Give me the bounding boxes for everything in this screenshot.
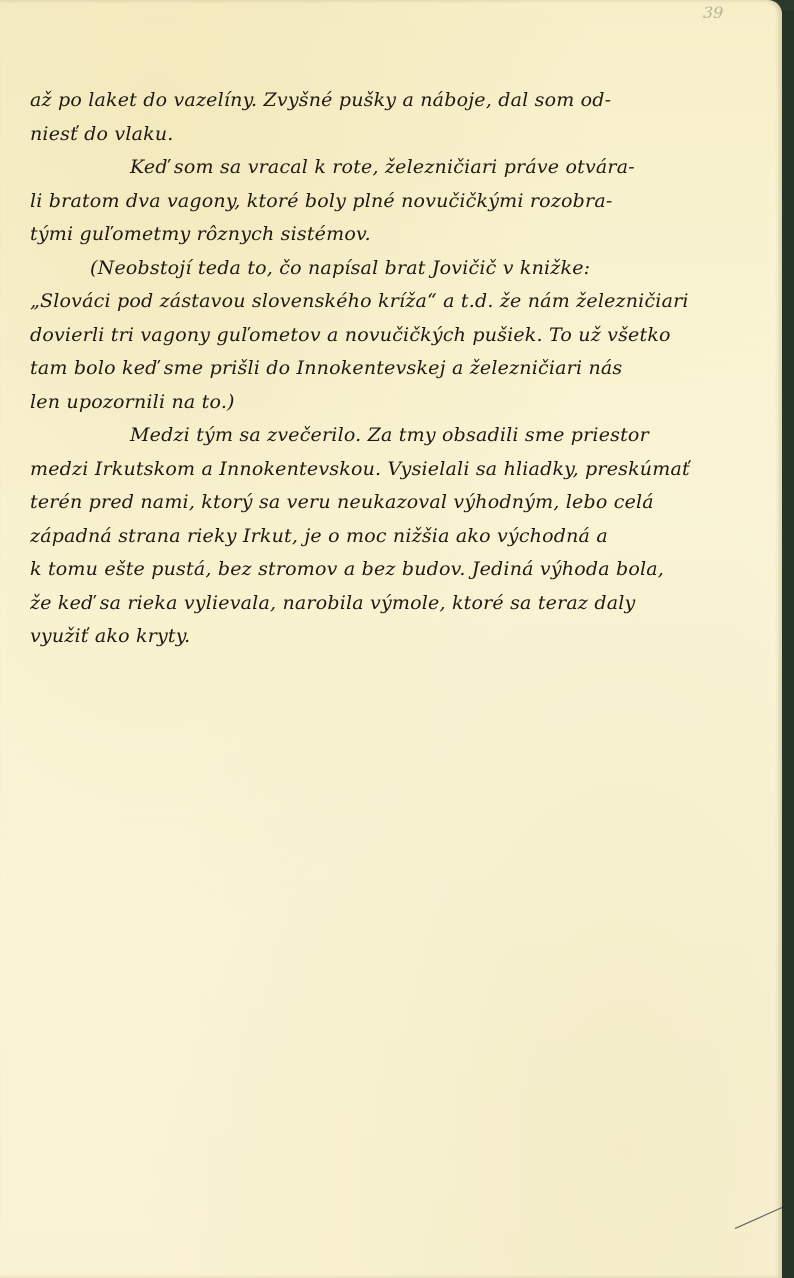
text-line: „Slováci pod zástavou slovenského kríža“… — [30, 285, 770, 319]
text-line: terén pred nami, ktorý sa veru neukazova… — [30, 486, 770, 520]
paper-fold-mark — [735, 1207, 783, 1229]
text-line: k tomu ešte pustá, bez stromov a bez bud… — [30, 553, 770, 587]
text-line: západná strana rieky Irkut, je o moc niž… — [30, 520, 770, 554]
text-line: dovierli tri vagony guľometov a novučičk… — [30, 319, 770, 353]
binding-edge — [782, 10, 794, 1278]
text-line: tam bolo keď sme prišli do Innokentevske… — [30, 352, 770, 386]
paragraph-start-line: (Neobstojí teda to, čo napísal brat Jovi… — [30, 252, 770, 286]
text-line: využiť ako kryty. — [30, 620, 770, 654]
text-line: medzi Irkutskom a Innokentevskou. Vysiel… — [30, 453, 770, 487]
text-line: li bratom dva vagony, ktoré boly plné no… — [30, 185, 770, 219]
paragraph-start-line: Medzi tým sa zvečerilo. Za tmy obsadili … — [30, 419, 770, 453]
text-line: že keď sa rieka vylievala, narobila výmo… — [30, 587, 770, 621]
text-line: tými guľometmy rôznych sistémov. — [30, 218, 770, 252]
text-line: len upozornili na to.) — [30, 386, 770, 420]
paragraph-start-line: Keď som sa vracal k rote, železničiari p… — [30, 151, 770, 185]
text-line: až po laket do vazelíny. Zvyšné pušky a … — [30, 84, 770, 118]
document-page: 39 až po laket do vazelíny. Zvyšné pušky… — [0, 0, 782, 1278]
handwritten-text: až po laket do vazelíny. Zvyšné pušky a … — [30, 84, 770, 654]
text-line: niesť do vlaku. — [30, 118, 770, 152]
page-number: 39 — [703, 3, 723, 22]
